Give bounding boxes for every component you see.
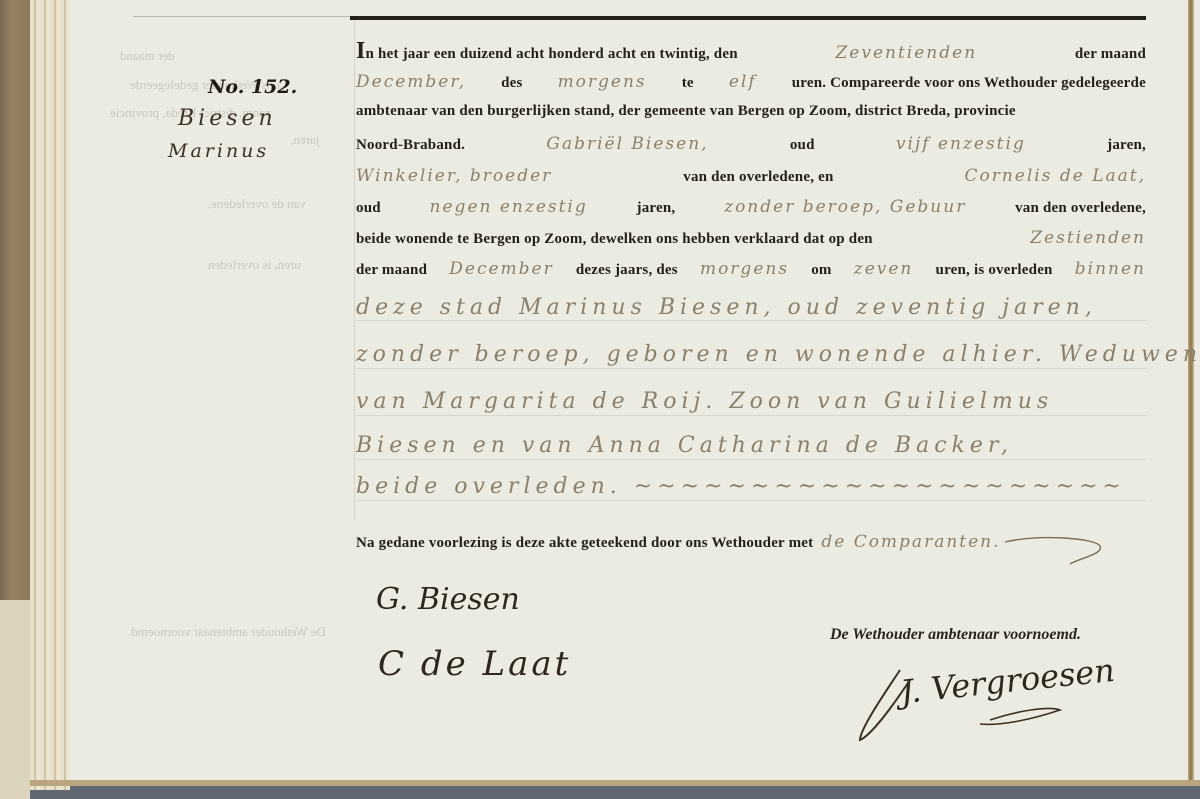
signature-flourish	[850, 660, 1090, 750]
record-line-7: beide wonende te Bergen op Zoom, dewelke…	[356, 228, 1146, 258]
handwritten-entry: Gabriël Biesen,	[546, 134, 708, 154]
handwritten-entry: zonder beroep, Gebuur	[724, 197, 966, 217]
printed-text: dezes jaars, des	[576, 262, 678, 279]
printed-text: jaren,	[637, 200, 676, 217]
bleed-through-text: der maand	[120, 48, 175, 64]
record-line-4: Noord-Braband. Gabriël Biesen, oud vijf …	[356, 134, 1146, 164]
printed-text: Noord-Braband.	[356, 137, 465, 154]
bleed-through-text: De Wethouder ambtenaar voornoemd.	[128, 624, 326, 640]
page-right-edge	[1188, 0, 1194, 783]
handwritten-entry: morgens	[558, 72, 647, 92]
printed-text: van den overledene,	[1015, 200, 1146, 217]
handwritten-entry: Biesen en van Anna Catharina de Backer,	[356, 433, 1013, 458]
handwritten-entry: zonder beroep, geboren en wonende alhier…	[356, 342, 1200, 367]
bleed-through-text: van de overledene,	[208, 196, 306, 212]
printed-text: oud	[356, 200, 381, 217]
record-line-2: December, des morgens te elf uren. Compa…	[356, 72, 1146, 102]
official-title: De Wethouder ambtenaar voornoemd.	[830, 626, 1081, 644]
margin-given-name: Marinus	[168, 140, 269, 162]
book-spine-worn-corner	[0, 600, 30, 799]
printed-text: In het jaar een duizend acht honderd ach…	[356, 38, 738, 65]
record-line-5: Winkelier, broeder van den overledene, e…	[356, 166, 1146, 196]
record-line-11: van Margarita de Roij. Zoon van Guilielm…	[356, 389, 1146, 419]
handwritten-entry: elf	[729, 72, 757, 92]
witness-signature-biesen: G. Biesen	[376, 582, 520, 617]
handwritten-entry: December,	[356, 72, 466, 92]
printed-text: van den overledene, en	[683, 169, 833, 186]
handwritten-entry: zeven	[854, 259, 914, 279]
printed-text: uren, is overleden	[936, 262, 1053, 279]
printed-text: des	[501, 75, 522, 92]
printed-text: der maand	[356, 262, 427, 279]
handwritten-entry: vijf enzestig	[896, 134, 1026, 154]
handwritten-entry: Cornelis de Laat,	[964, 166, 1146, 186]
handwritten-entry: deze stad Marinus Biesen, oud zeventig j…	[356, 295, 1097, 320]
bleed-through-text: jaren,	[290, 132, 319, 148]
record-line-9: deze stad Marinus Biesen, oud zeventig j…	[356, 295, 1146, 325]
pen-flourish	[1000, 528, 1110, 568]
printed-text: ambtenaar van den burgerlijken stand, de…	[356, 103, 1016, 120]
record-line-13: beide overleden. ~~~~~~~~~~~~~~~~~~~~~	[356, 474, 1146, 504]
handwritten-entry: beide overleden. ~~~~~~~~~~~~~~~~~~~~~	[356, 474, 1126, 499]
handwritten-entry: morgens	[700, 259, 789, 279]
handwritten-entry: Winkelier, broeder	[356, 166, 552, 186]
printed-text: der maand	[1075, 46, 1146, 63]
record-line-8: der maand December dezes jaars, des morg…	[356, 259, 1146, 289]
printed-text: jaren,	[1107, 137, 1146, 154]
record-line-6: oud negen enzestig jaren, zonder beroep,…	[356, 197, 1146, 227]
left-column-rule	[133, 16, 353, 17]
handwritten-entry: de Comparanten.	[821, 532, 1000, 552]
handwritten-entry: van Margarita de Roij. Zoon van Guilielm…	[356, 389, 1053, 414]
handwritten-entry: Zeventienden	[835, 43, 977, 63]
page-stack-edges	[30, 0, 70, 790]
margin-surname: Biesen	[178, 106, 277, 131]
printed-text: te	[682, 75, 694, 92]
register-number: No. 152.	[208, 76, 297, 98]
record-line-12: Biesen en van Anna Catharina de Backer,	[356, 433, 1146, 463]
printed-text: Na gedane voorlezing is deze akte geteek…	[356, 535, 813, 552]
printed-text: beide wonende te Bergen op Zoom, dewelke…	[356, 231, 873, 248]
witness-signature-de-laat: C de Laat	[378, 644, 571, 684]
page-bottom-edge	[30, 780, 1200, 786]
handwritten-entry: December	[449, 259, 553, 279]
handwritten-entry: binnen	[1075, 259, 1146, 279]
record-line-1: In het jaar een duizend acht honderd ach…	[356, 38, 1146, 68]
handwritten-entry: Zestienden	[1030, 228, 1146, 248]
handwritten-entry: negen enzestig	[430, 197, 588, 217]
top-heavy-rule	[350, 16, 1146, 20]
printed-text: uren. Compareerde voor ons Wethouder ged…	[792, 75, 1146, 92]
record-line-3: ambtenaar van den burgerlijken stand, de…	[356, 103, 1146, 133]
text-margin-line	[354, 20, 355, 520]
bleed-through-text: uren, is overleden	[208, 257, 301, 273]
printed-text: oud	[790, 137, 815, 154]
record-line-10: zonder beroep, geboren en wonende alhier…	[356, 342, 1146, 372]
printed-text: om	[811, 262, 831, 279]
